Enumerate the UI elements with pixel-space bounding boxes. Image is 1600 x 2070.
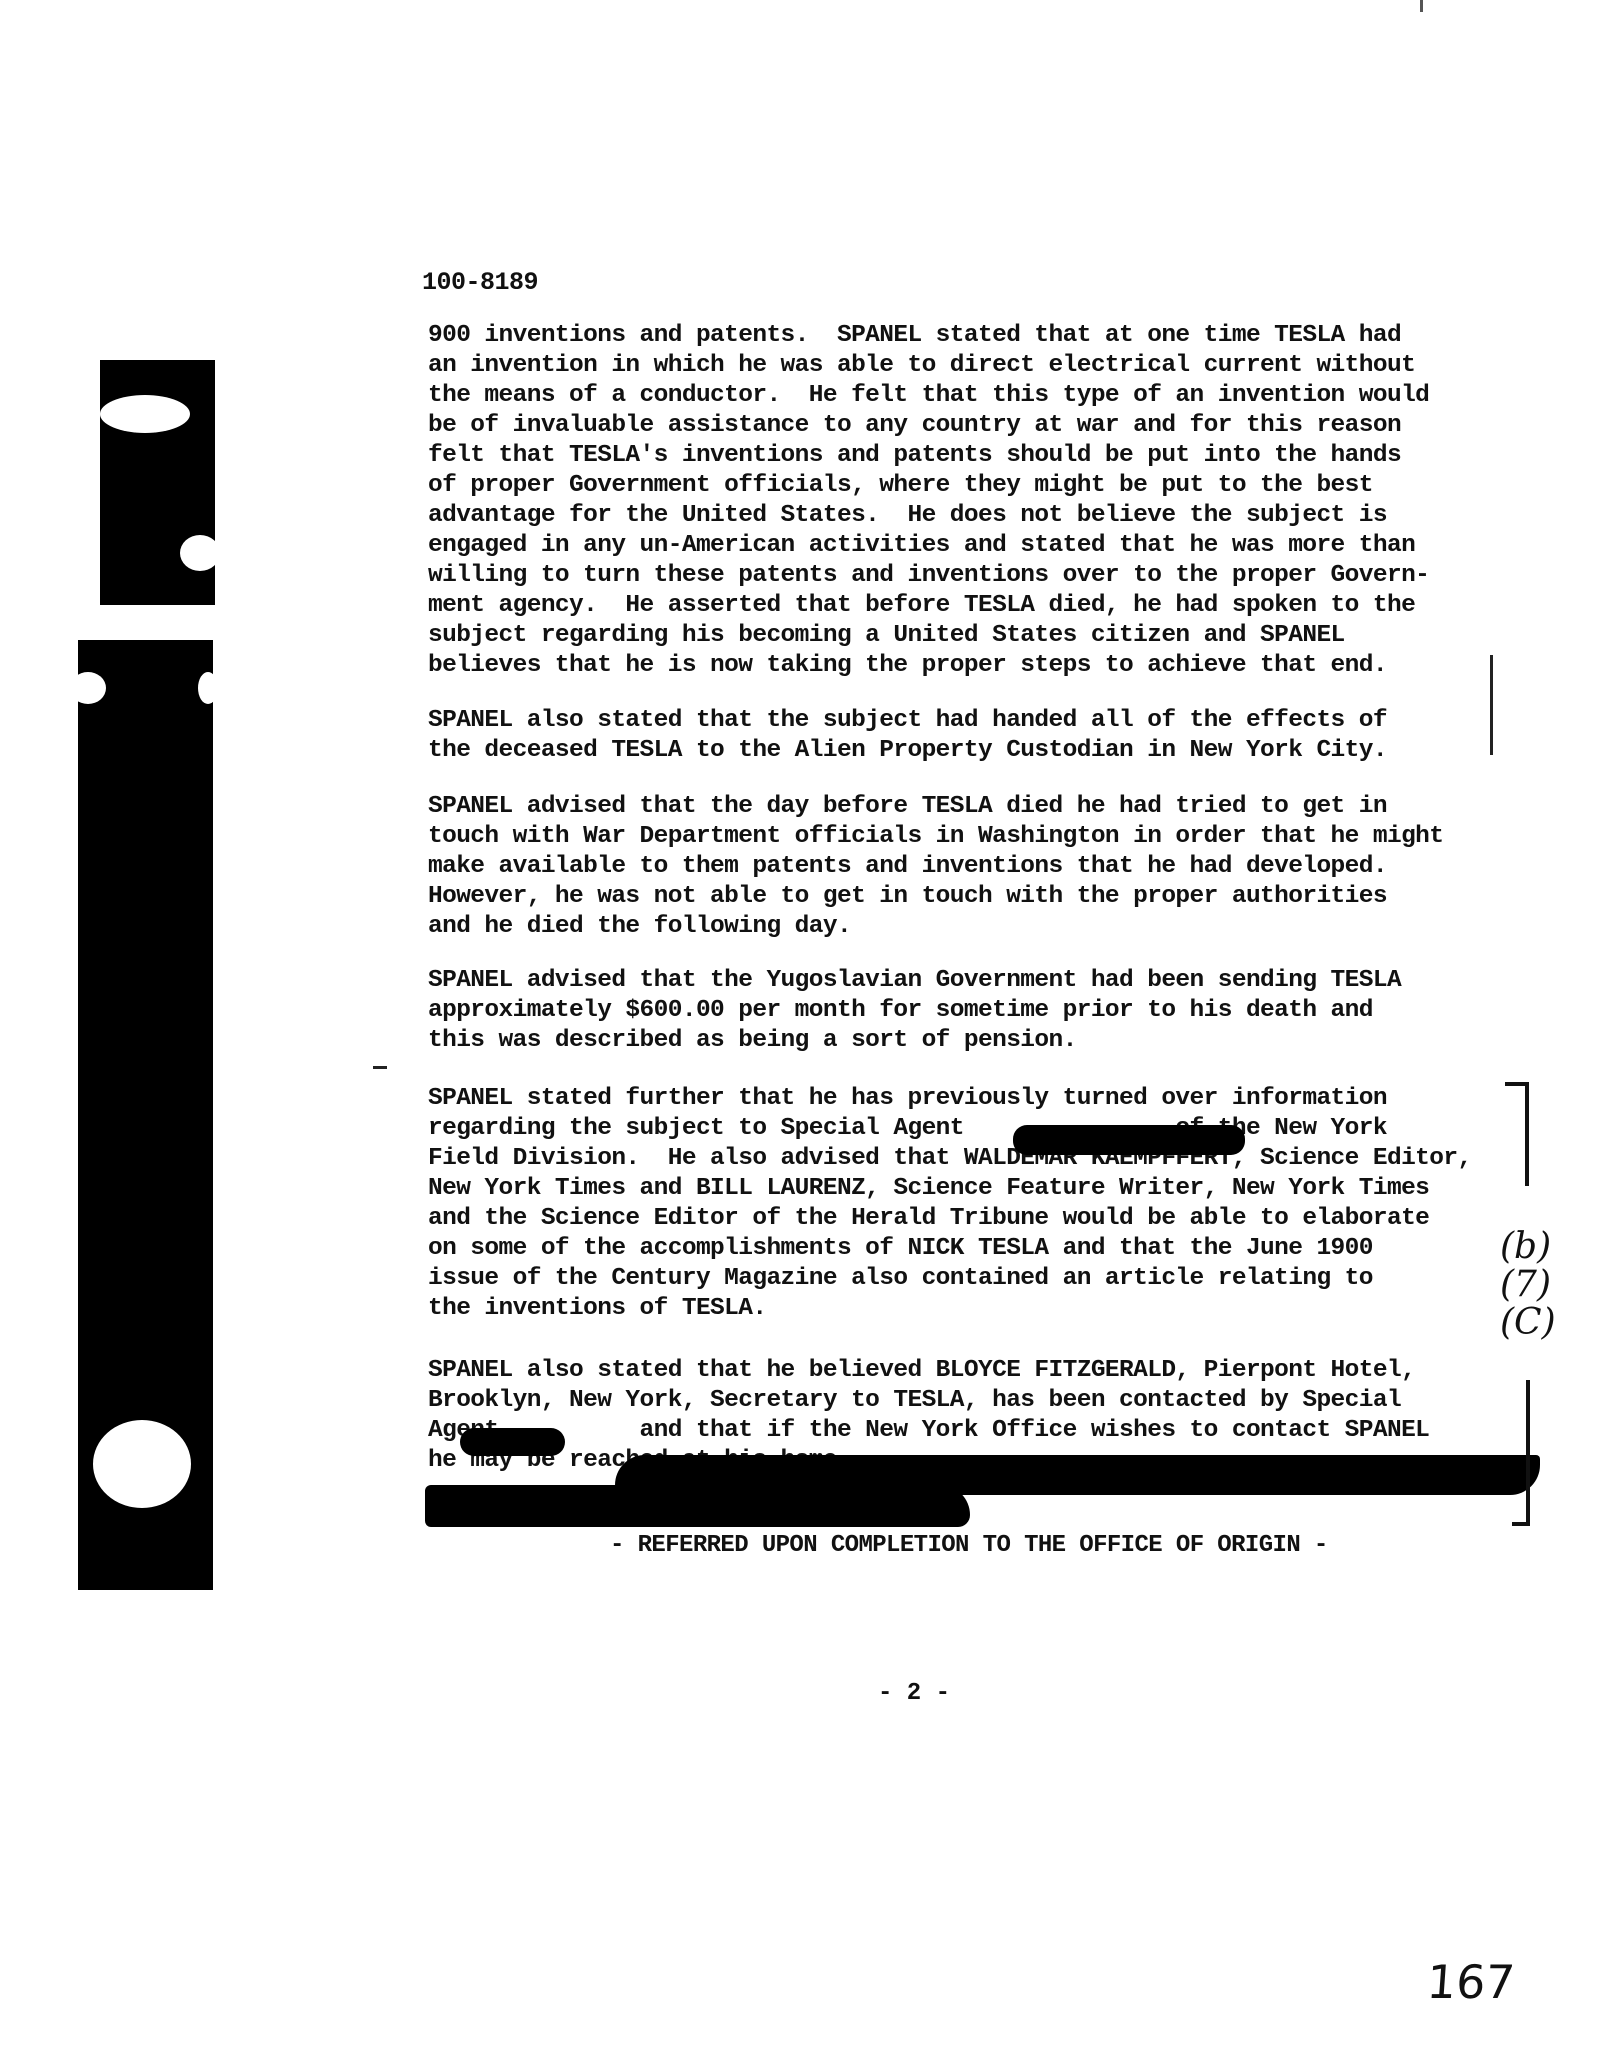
paragraph-2: SPANEL also stated that the subject had …	[428, 706, 1508, 766]
exemption-b: (b)	[1500, 1228, 1556, 1266]
referral-note: - REFERRED UPON COMPLETION TO THE OFFICE…	[610, 1532, 1328, 1559]
punch-hole	[198, 672, 218, 704]
handwritten-page-stamp: 167	[1425, 1955, 1517, 2009]
redaction-agent-name-2	[460, 1428, 565, 1456]
scan-mark	[1420, 0, 1423, 12]
margin-bracket-top	[1505, 1082, 1529, 1186]
punch-hole	[180, 535, 220, 571]
punch-hole	[100, 395, 190, 433]
margin-pen-mark	[373, 1066, 387, 1069]
exemption-c: (C)	[1500, 1304, 1556, 1342]
paragraph-3: SPANEL advised that the day before TESLA…	[428, 792, 1508, 942]
punch-hole	[93, 1420, 191, 1508]
paragraph-1: 900 inventions and patents. SPANEL state…	[428, 321, 1508, 681]
page-number: - 2 -	[878, 1680, 950, 1707]
paragraph-5: SPANEL stated further that he has previo…	[428, 1084, 1508, 1324]
exemption-7: (7)	[1500, 1266, 1556, 1304]
paragraph-4: SPANEL advised that the Yugoslavian Gove…	[428, 966, 1508, 1056]
file-number: 100-8189	[422, 268, 538, 297]
exemption-marks: (b) (7) (C)	[1500, 1228, 1556, 1342]
margin-pen-mark	[1490, 655, 1493, 755]
redaction-agent-name	[1013, 1125, 1245, 1155]
redaction-home-address-2	[425, 1485, 970, 1527]
margin-bracket-bottom	[1512, 1380, 1530, 1526]
document-page: 100-8189 900 inventions and patents. SPA…	[0, 0, 1600, 2070]
punch-hole	[70, 672, 106, 704]
